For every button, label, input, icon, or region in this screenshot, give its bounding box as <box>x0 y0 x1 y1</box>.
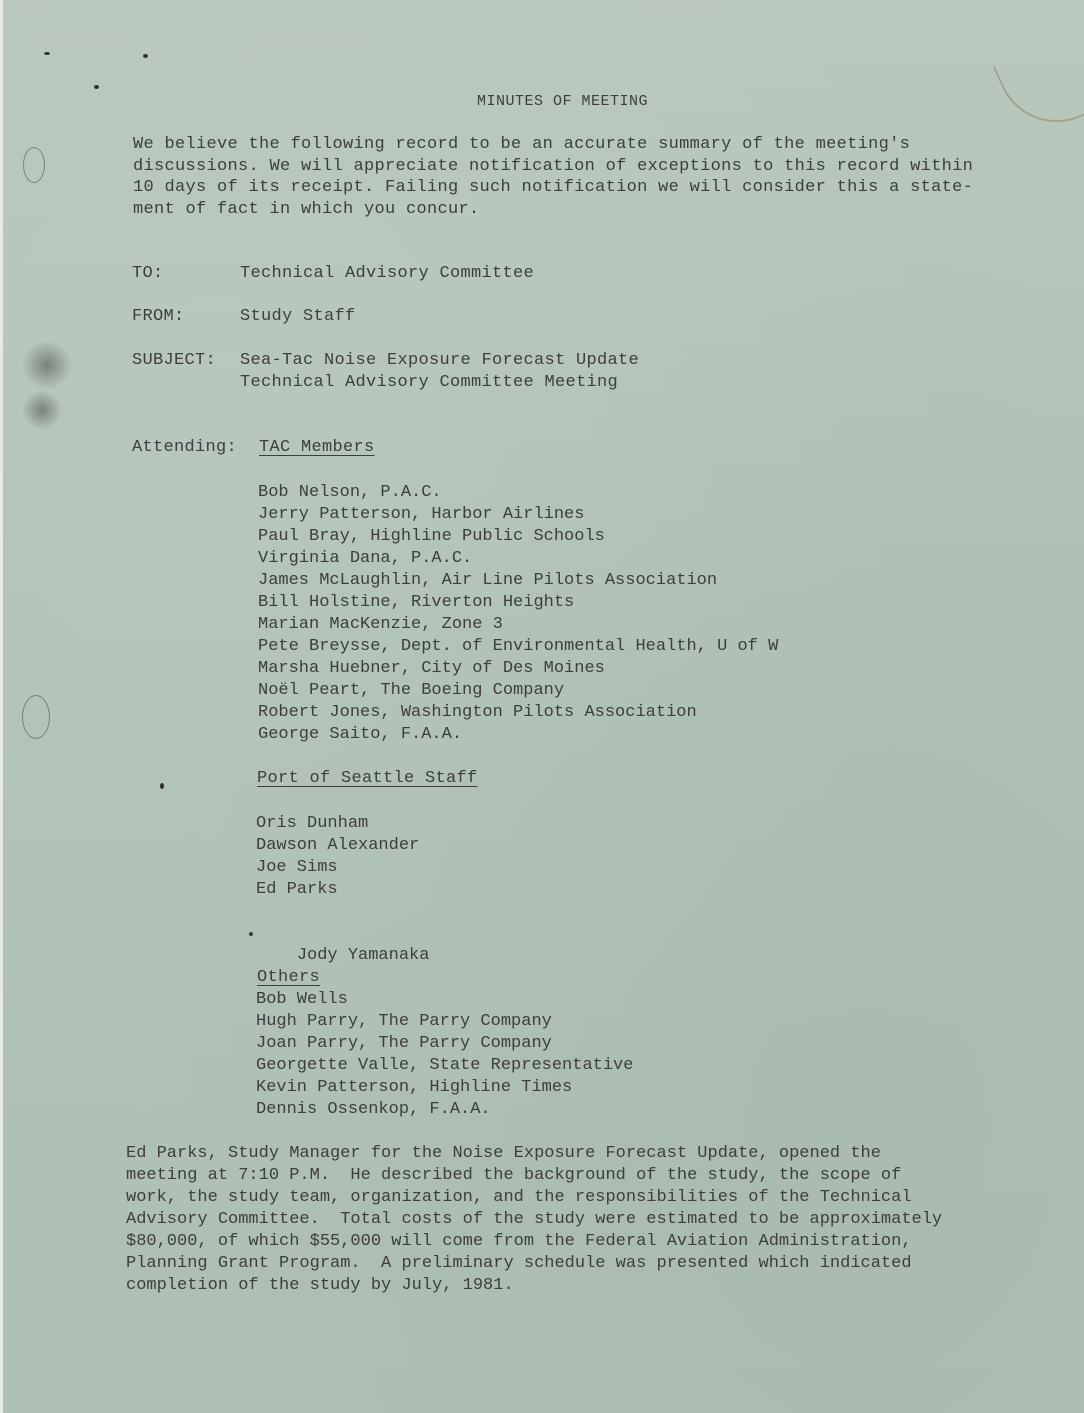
list-item: Ed Parks <box>256 879 429 901</box>
list-item: Bob Nelson, P.A.C. <box>258 482 778 504</box>
ink-smudge <box>22 340 72 390</box>
ink-speck <box>143 54 148 58</box>
ink-speck <box>160 783 164 789</box>
group-heading-others: Others <box>257 967 320 989</box>
list-item: Joan Parry, The Parry Company <box>256 1033 633 1055</box>
list-item: Kevin Patterson, Highline Times <box>256 1077 633 1099</box>
group-heading-port-staff: Port of Seattle Staff <box>257 768 478 790</box>
list-item: Paul Bray, Highline Public Schools <box>258 526 778 548</box>
list-item: Joe Sims <box>256 857 429 879</box>
list-item: Robert Jones, Washington Pilots Associat… <box>258 702 778 724</box>
body-line: Planning Grant Program. A preliminary sc… <box>126 1253 942 1275</box>
group-heading-tac-members: TAC Members <box>259 437 375 459</box>
list-item: Marsha Huebner, City of Des Moines <box>258 658 778 680</box>
intro-line: 10 days of its receipt. Failing such not… <box>133 177 1038 199</box>
list-item: Dennis Ossenkop, F.A.A. <box>256 1099 633 1121</box>
intro-paragraph: We believe the following record to be an… <box>133 134 1038 220</box>
list-item: Pete Breysse, Dept. of Environmental Hea… <box>258 636 778 658</box>
subject-line: Technical Advisory Committee Meeting <box>240 372 618 394</box>
ink-smudge <box>22 390 62 430</box>
intro-line: discussions. We will appreciate notifica… <box>133 156 1038 178</box>
list-item: Bob Wells <box>256 989 429 1011</box>
punch-hole-mark <box>23 147 45 183</box>
list-item: James McLaughlin, Air Line Pilots Associ… <box>258 570 778 592</box>
subject-line: Sea-Tac Noise Exposure Forecast Update <box>240 350 639 372</box>
list-item: Noël Peart, The Boeing Company <box>258 680 778 702</box>
intro-line: ment of fact in which you concur. <box>133 199 1038 221</box>
body-paragraph: Ed Parks, Study Manager for the Noise Ex… <box>126 1143 942 1297</box>
list-item: Hugh Parry, The Parry Company <box>256 1011 633 1033</box>
from-value: Study Staff <box>240 306 356 328</box>
ink-speck <box>94 85 99 89</box>
list-item: Virginia Dana, P.A.C. <box>258 548 778 570</box>
list-item: Dawson Alexander <box>256 835 429 857</box>
bullet-mark-icon <box>249 932 253 936</box>
document-title: MINUTES OF MEETING <box>477 91 648 113</box>
intro-line: We believe the following record to be an… <box>133 134 1038 156</box>
ink-speck <box>44 52 50 55</box>
list-item: Bill Holstine, Riverton Heights <box>258 592 778 614</box>
punch-hole-mark <box>22 695 50 739</box>
subject-label: SUBJECT: <box>132 350 216 372</box>
list-item: Oris Dunham <box>256 813 429 835</box>
list-item: Marian MacKenzie, Zone 3 <box>258 614 778 636</box>
list-item: Georgette Valle, State Representative <box>256 1055 633 1077</box>
to-value: Technical Advisory Committee <box>240 263 534 285</box>
body-line: Ed Parks, Study Manager for the Noise Ex… <box>126 1143 942 1165</box>
others-list: Hugh Parry, The Parry Company Joan Parry… <box>256 1011 633 1121</box>
body-line: $80,000, of which $55,000 will come from… <box>126 1231 942 1253</box>
from-label: FROM: <box>132 306 185 328</box>
attending-label: Attending: <box>132 437 237 459</box>
to-label: TO: <box>132 263 164 285</box>
list-item: George Saito, F.A.A. <box>258 724 778 746</box>
tac-members-list: Bob Nelson, P.A.C. Jerry Patterson, Harb… <box>258 482 778 746</box>
body-line: meeting at 7:10 P.M. He described the ba… <box>126 1165 942 1187</box>
body-line: completion of the study by July, 1981. <box>126 1275 942 1297</box>
body-line: Advisory Committee. Total costs of the s… <box>126 1209 942 1231</box>
list-item: Jerry Patterson, Harbor Airlines <box>258 504 778 526</box>
paper-edge <box>0 0 3 1413</box>
list-item-text: Jody Yamanaka <box>297 946 430 965</box>
body-line: work, the study team, organization, and … <box>126 1187 942 1209</box>
